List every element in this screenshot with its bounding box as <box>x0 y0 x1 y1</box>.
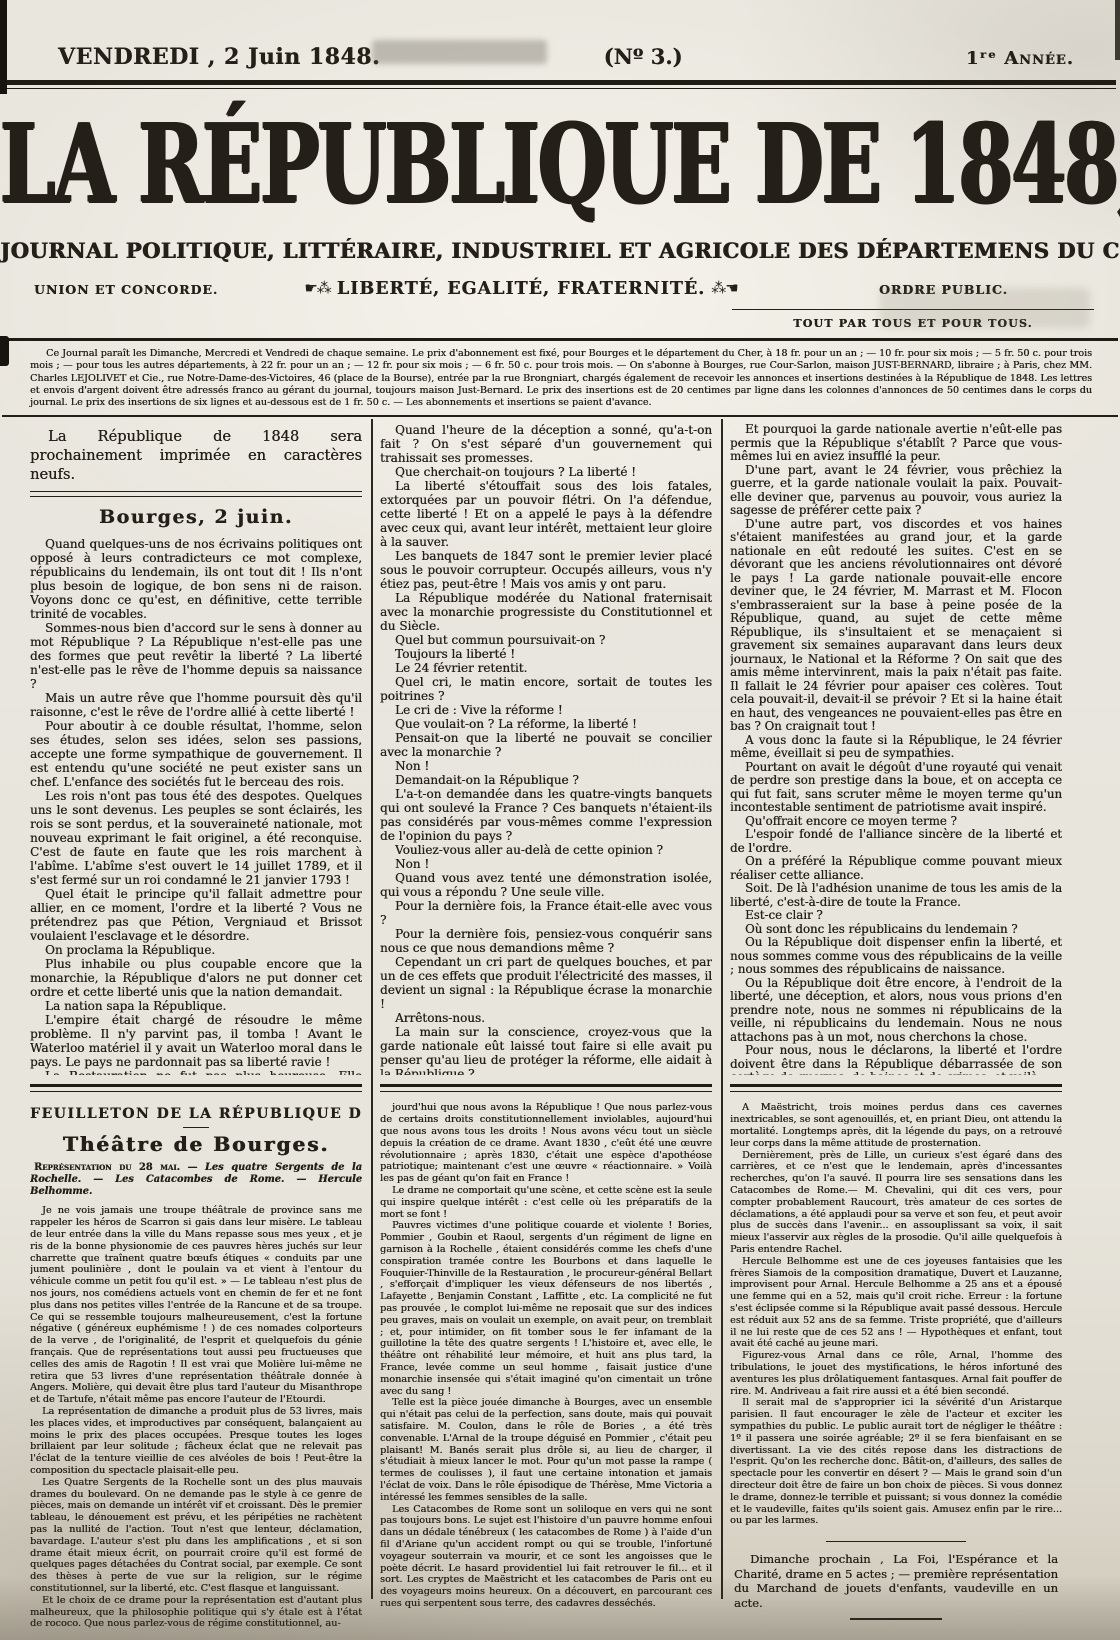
article-dateline: Bourges, 2 juin. <box>30 506 362 528</box>
pointing-hand-ornament-left: ☛⁂ <box>298 279 336 297</box>
paragraph: L'empire était chargé de résoudre le mêm… <box>30 1013 362 1069</box>
issue-header: VENDREDI , 2 Juin 1848. (Nº 3.) 1ʳᵉ Anné… <box>0 0 1120 70</box>
paragraph-list: Je ne vois jamais une troupe théâtrale d… <box>30 1205 362 1630</box>
paragraph: A Maëstricht, trois moines perdus dans c… <box>730 1102 1062 1149</box>
dash-ornament <box>183 1127 209 1128</box>
paragraph: Pauvres victimes d'une politique couarde… <box>380 1220 712 1397</box>
paragraph: Je ne vois jamais une troupe théâtrale d… <box>30 1205 362 1406</box>
paragraph: Et le choix de ce drame pour la représen… <box>30 1595 362 1630</box>
printing-notice: La République de 1848 sera prochainement… <box>30 427 362 484</box>
slogan-block: TOUT PAR TOUS ET POUR TOUS. <box>732 309 1094 330</box>
feuilleton-column-3: A Maëstricht, trois moines perdus dans c… <box>730 1102 1062 1630</box>
paragraph-list: Et pourquoi la garde nationale avertie n… <box>730 423 1062 1075</box>
paragraph-list: Quand l'heure de la déception a sonné, q… <box>380 423 712 1075</box>
column-2: Quand l'heure de la déception a sonné, q… <box>380 423 712 1630</box>
paragraph: Pour nous, nous le déclarons, la liberté… <box>730 1044 1062 1075</box>
paragraph-list: Quand quelques-uns de nos écrivains poli… <box>30 537 362 1075</box>
paragraph: Hercule Belhomme est une de ces joyeuses… <box>730 1256 1062 1350</box>
paragraph: Plus inhabile ou plus coupable encore qu… <box>30 957 362 999</box>
paragraph: Les Quatre Sergents de la Rochelle sont … <box>30 1477 362 1595</box>
performance-credit: Représentation du 28 mai. — Les quatre S… <box>30 1162 362 1198</box>
theatre-review-title: Théâtre de Bourges. <box>30 1132 362 1156</box>
paragraph: Vouliez-vous aller au-delà de cette opin… <box>380 843 712 857</box>
paragraph: On a préféré la République comme pouvant… <box>730 855 1062 882</box>
paragraph: La République modérée du National frater… <box>380 591 712 633</box>
paragraph: Que cherchait-on toujours ? La liberté ! <box>380 465 712 479</box>
paragraph: Où sont donc les républicains du lendema… <box>730 923 1062 937</box>
paragraph: Est-ce clair ? <box>730 909 1062 923</box>
paragraph: Pour la dernière fois, la France était-e… <box>380 899 712 927</box>
paragraph: Pour aboutir à ce double résultat, l'hom… <box>30 719 362 789</box>
paragraph: Pourtant on avait le dégoût d'une royaut… <box>730 761 1062 815</box>
motto-liberty-text: LIBERTÉ, EGALITÉ, FRATERNITÉ. <box>337 279 705 299</box>
paragraph: Quel cri, le matin encore, sortait de to… <box>380 675 712 703</box>
feuilleton-column-2: jourd'hui que nous avons la République !… <box>380 1102 712 1609</box>
divider <box>850 1618 942 1620</box>
feuilleton-divider <box>380 1084 712 1092</box>
paragraph: Mais un autre rêve que l'homme poursuit … <box>30 691 362 719</box>
slogan-text: TOUT PAR TOUS ET POUR TOUS. <box>732 317 1094 330</box>
pointing-hand-ornament-right: ⁂☚ <box>705 279 743 297</box>
paragraph: On proclama la République. <box>30 943 362 957</box>
paragraph: Qu'offrait encore ce moyen terme ? <box>730 815 1062 829</box>
lead-article-column-3: Et pourquoi la garde nationale avertie n… <box>730 423 1062 1075</box>
paragraph: L'espoir fondé de l'alliance sincère de … <box>730 828 1062 855</box>
issue-number: (Nº 3.) <box>380 44 966 69</box>
paragraph: La liberté s'étouffait sous des lois fat… <box>380 479 712 549</box>
masthead-title: LA RÉPUBLIQUE DE 1848, <box>0 109 1120 218</box>
paragraph: Dernièrement, près de Lille, un curieux … <box>730 1150 1062 1256</box>
paragraph: Pensait-on que la liberté ne pouvait se … <box>380 731 712 759</box>
paragraph: Toujours la liberté ! <box>380 647 712 661</box>
header-divider <box>4 80 1116 89</box>
paragraph: Quand l'heure de la déception a sonné, q… <box>380 423 712 465</box>
paragraph: Sommes-nous bien d'accord sur le sens à … <box>30 621 362 691</box>
paragraph: Quand quelques-uns de nos écrivains poli… <box>30 537 362 621</box>
next-show-announcement: Dimanche prochain , La Foi, l'Espérance … <box>734 1552 1058 1610</box>
motto-row: UNION ET CONCORDE. ☛⁂LIBERTÉ, EGALITÉ, F… <box>0 279 1120 299</box>
issue-date: VENDREDI , 2 Juin 1848. <box>58 44 380 70</box>
paragraph: Non ! <box>380 857 712 871</box>
paragraph: Soit. De là l'adhésion unanime de tous l… <box>730 882 1062 909</box>
feuilleton-divider <box>30 1084 362 1092</box>
paragraph: Les banquets de 1847 sont le premier lev… <box>380 549 712 591</box>
subscription-terms: Ce Journal paraît les Dimanche, Mercredi… <box>0 348 1120 409</box>
paragraph: Il serait mal de s'approprier ici la sév… <box>730 1397 1062 1527</box>
paragraph: Cependant un cri part de quelques bouche… <box>380 955 712 1011</box>
lead-article-column-2: Quand l'heure de la déception a sonné, q… <box>380 423 712 1075</box>
paragraph: Que voulait-on ? La réforme, la liberté … <box>380 717 712 731</box>
paragraph: Et pourquoi la garde nationale avertie n… <box>730 423 1062 464</box>
feuilleton-column-1: FEUILLETON DE LA RÉPUBLIQUE DE 1848. Thé… <box>30 1102 362 1630</box>
paragraph: Le 24 février retentit. <box>380 661 712 675</box>
paragraph: La Restauration ne fut pas plus heureuse… <box>30 1069 362 1075</box>
paragraph-list: jourd'hui que nous avons la République !… <box>380 1102 712 1609</box>
paragraph: Figurez-vous Arnal dans ce rôle, Arnal, … <box>730 1350 1062 1397</box>
paragraph: Quel but commun poursuivait-on ? <box>380 633 712 647</box>
paragraph: Les Catacombes de Rome sont un soliloque… <box>380 1504 712 1610</box>
paragraph: Quand vous avez tenté une démonstration … <box>380 871 712 899</box>
motto-union: UNION ET CONCORDE. <box>34 282 298 297</box>
paragraph: Le drame ne comportait qu'une scène, et … <box>380 1185 712 1220</box>
feuilleton-header: FEUILLETON DE LA RÉPUBLIQUE DE 1848. <box>30 1106 362 1122</box>
paragraph-list: A Maëstricht, trois moines perdus dans c… <box>730 1102 1062 1527</box>
paragraph: Non ! <box>380 759 712 773</box>
paragraph: D'une part, avant le 24 février, vous pr… <box>730 464 1062 518</box>
lead-article-column-1: La République de 1848 sera prochainement… <box>30 423 362 1075</box>
newspaper-page: VENDREDI , 2 Juin 1848. (Nº 3.) 1ʳᵉ Anné… <box>0 0 1120 1640</box>
paragraph: Arrêtons-nous. <box>380 1011 712 1025</box>
paragraph: La main sur la conscience, croyez-vous q… <box>380 1025 712 1075</box>
paragraph: Ou la République doit être encore, à l'e… <box>730 977 1062 1045</box>
performance-date: Représentation du 28 mai. — <box>34 1162 205 1173</box>
paragraph: Le cri de : Vive la réforme ! <box>380 703 712 717</box>
paragraph: Pour la dernière fois, pensiez-vous conq… <box>380 927 712 955</box>
motto-order: ORDRE PUBLIC. <box>744 282 1086 297</box>
motto-liberty: ☛⁂LIBERTÉ, EGALITÉ, FRATERNITÉ.⁂☚ <box>298 279 743 299</box>
paragraph: L'a-t-on demandée dans les quatre-vingts… <box>380 787 712 843</box>
masthead-subtitle: JOURNAL POLITIQUE, LITTÉRAIRE, INDUSTRIE… <box>0 238 1120 263</box>
paragraph: A vous donc la faute si la République, l… <box>730 734 1062 761</box>
paragraph: Les rois n'ont pas tous été des despotes… <box>30 789 362 887</box>
paragraph: Telle est la pièce jouée dimanche à Bour… <box>380 1397 712 1503</box>
paragraph: Quel était le principe qu'il fallait adm… <box>30 887 362 943</box>
divider <box>2 338 1118 341</box>
paragraph: La nation sapa la République. <box>30 999 362 1013</box>
column-3: Et pourquoi la garde nationale avertie n… <box>730 423 1062 1630</box>
paragraph: La représentation de dimanche a produit … <box>30 1406 362 1477</box>
divider <box>826 1541 966 1542</box>
edition-year: 1ʳᵉ Année. <box>966 48 1074 69</box>
feuilleton-divider <box>730 1084 1062 1092</box>
column-1: La République de 1848 sera prochainement… <box>30 423 362 1630</box>
paragraph: jourd'hui que nous avons la République !… <box>380 1102 712 1185</box>
paragraph: Ou la République doit dispenser enfin la… <box>730 936 1062 977</box>
paragraph: D'une autre part, vos discordes et vos h… <box>730 518 1062 734</box>
column-rule <box>721 419 723 1599</box>
paragraph: Demandait-on la République ? <box>380 773 712 787</box>
column-rule <box>371 419 373 1599</box>
page-body: La République de 1848 sera prochainement… <box>0 417 1120 1630</box>
divider <box>30 491 362 497</box>
